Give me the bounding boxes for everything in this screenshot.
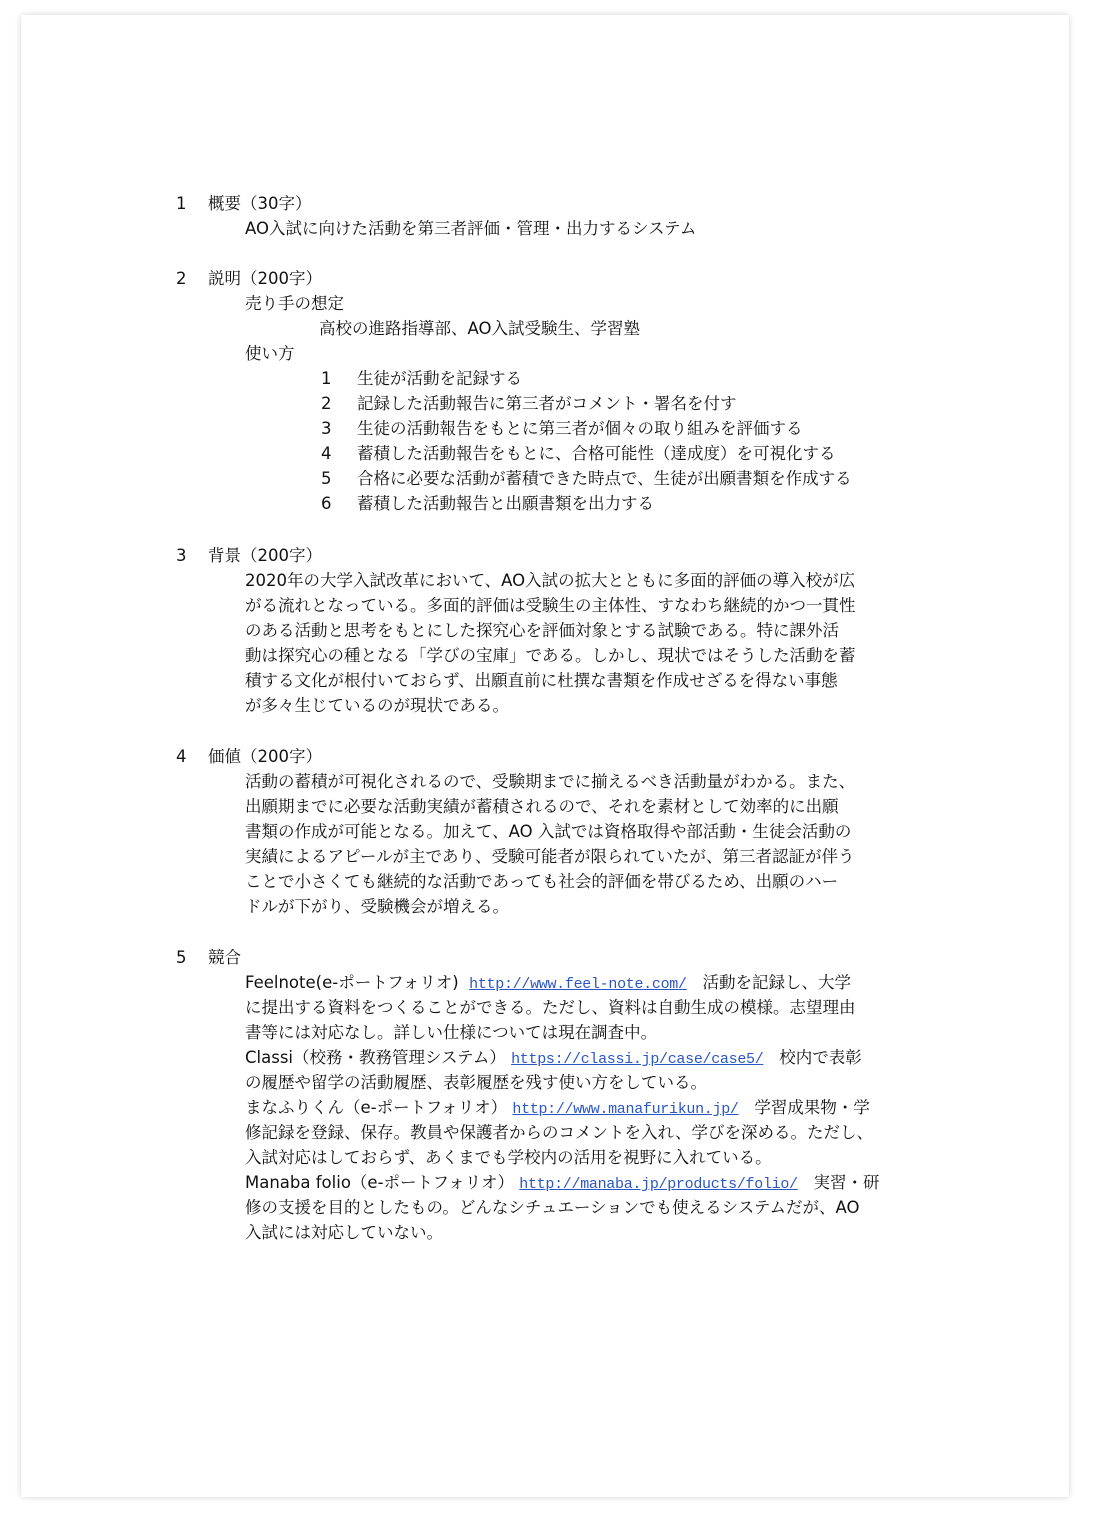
paragraph-line: 書類の作成が可能となる。加えて、AO 入試では資格取得や部活動・生徒会活動の [176,819,956,844]
section-number: 1 [176,191,208,216]
usage-step: 1生徒が活動を記録する [176,366,956,391]
seller-assumption-label: 売り手の想定 [176,291,956,316]
usage-step: 4蓄積した活動報告をもとに、合格可能性（達成度）を可視化する [176,441,956,466]
paragraph-line: 実績によるアピールが主であり、受験可能者が限られていたが、第三者認証が伴う [176,844,956,869]
paragraph-line: ドルが下がり、受験機会が増える。 [176,894,956,919]
section-title: 説明（200字） [208,269,322,288]
competitor-classi: Classi（校務・教務管理システム） https://classi.jp/ca… [176,1045,956,1095]
section-value: 4価値（200字） 活動の蓄積が可視化されるので、受験期までに揃えるべき活動量が… [176,744,956,919]
overview-text: AO入試に向けた活動を第三者評価・管理・出力するシステム [176,216,956,241]
section-title: 概要（30字） [208,194,312,213]
section-title: 背景（200字） [208,546,322,565]
competitor-link[interactable]: http://manaba.jp/products/folio/ [519,1176,797,1193]
paragraph-line: がる流れとなっている。多面的評価は受験生の主体性、すなわち継続的かつ一貫性 [176,593,956,618]
paragraph-line: 2020年の大学入試改革において、AO入試の拡大とともに多面的評価の導入校が広 [176,568,956,593]
section-background: 3背景（200字） 2020年の大学入試改革において、AO入試の拡大とともに多面… [176,543,956,718]
competitor-desc-line: 書等には対応なし。詳しい仕様については現在調査中。 [176,1020,956,1045]
competitor-manafurikun: まなふりくん（e-ポートフォリオ） http://www.manafurikun… [176,1095,956,1170]
section-heading: 3背景（200字） [176,543,956,568]
section-number: 5 [176,945,208,970]
usage-step: 5合格に必要な活動が蓄積できた時点で、生徒が出願書類を作成する [176,466,956,491]
competitor-desc: 校内で表彰 [779,1048,862,1067]
competitor-desc-line: 入試には対応していない。 [176,1220,956,1245]
competitor-name: まなふりくん（e-ポートフォリオ） [245,1098,507,1117]
section-number: 4 [176,744,208,769]
section-heading: 4価値（200字） [176,744,956,769]
competitor-name: Classi（校務・教務管理システム） [245,1048,506,1067]
paragraph-line: 出願期までに必要な活動実績が蓄積されるので、それを素材として効率的に出願 [176,794,956,819]
paragraph-line: 活動の蓄積が可視化されるので、受験期までに揃えるべき活動量がわかる。また、 [176,769,956,794]
competitor-desc: 実習・研 [814,1173,880,1192]
competitor-link[interactable]: http://www.feel-note.com/ [469,976,687,993]
section-description: 2説明（200字） 売り手の想定 高校の進路指導部、AO入試受験生、学習塾 使い… [176,266,956,516]
competitor-desc-line: 修記録を登録、保存。教員や保護者からのコメントを入れ、学びを深める。ただし、 [176,1120,956,1145]
section-title: 競合 [208,948,241,967]
section-number: 2 [176,266,208,291]
competitor-desc-line: 入試対応はしておらず、あくまでも学校内の活用を視野に入れている。 [176,1145,956,1170]
competitor-feelnote: Feelnote(e-ポートフォリオ) http://www.feel-note… [176,970,956,1045]
competitor-manaba-folio: Manaba folio（e-ポートフォリオ） http://manaba.jp… [176,1170,956,1245]
section-number: 3 [176,543,208,568]
section-competitors: 5競合 Feelnote(e-ポートフォリオ) http://www.feel-… [176,945,956,1245]
paragraph-line: 動は探究心の種となる「学びの宝庫」である。しかし、現状ではそうした活動を蓄 [176,643,956,668]
usage-step: 3生徒の活動報告をもとに第三者が個々の取り組みを評価する [176,416,956,441]
competitor-name: Manaba folio（e-ポートフォリオ） [245,1173,514,1192]
document-page: 1概要（30字） AO入試に向けた活動を第三者評価・管理・出力するシステム 2説… [21,15,1069,1497]
section-heading: 5競合 [176,945,956,970]
competitor-desc: 活動を記録し、大学 [702,973,851,992]
usage-step: 2記録した活動報告に第三者がコメント・署名を付す [176,391,956,416]
usage-step: 6蓄積した活動報告と出願書類を出力する [176,491,956,516]
competitor-desc-line: に提出する資料をつくることができる。ただし、資料は自動生成の模様。志望理由 [176,995,956,1020]
usage-label: 使い方 [176,341,956,366]
competitor-name: Feelnote(e-ポートフォリオ) [245,973,459,992]
section-overview: 1概要（30字） AO入試に向けた活動を第三者評価・管理・出力するシステム [176,191,956,241]
paragraph-line: が多々生じているのが現状である。 [176,693,956,718]
section-heading: 2説明（200字） [176,266,956,291]
seller-assumption-value: 高校の進路指導部、AO入試受験生、学習塾 [176,316,956,341]
section-title: 価値（200字） [208,747,322,766]
section-heading: 1概要（30字） [176,191,956,216]
paragraph-line: のある活動と思考をもとにした探究心を評価対象とする試験である。特に課外活 [176,618,956,643]
paragraph-line: ことで小さくても継続的な活動であっても社会的評価を帯びるため、出願のハー [176,869,956,894]
paragraph-line: 積する文化が根付いておらず、出願直前に杜撰な書類を作成せざるを得ない事態 [176,668,956,693]
competitor-desc-line: の履歴や留学の活動履歴、表彰履歴を残す使い方をしている。 [176,1070,956,1095]
competitor-desc-line: 修の支援を目的としたもの。どんなシチュエーションでも使えるシステムだが、AO [176,1195,956,1220]
competitor-link[interactable]: http://www.manafurikun.jp/ [512,1101,738,1118]
competitor-link[interactable]: https://classi.jp/case/case5/ [511,1051,763,1068]
competitor-desc: 学習成果物・学 [754,1098,870,1117]
